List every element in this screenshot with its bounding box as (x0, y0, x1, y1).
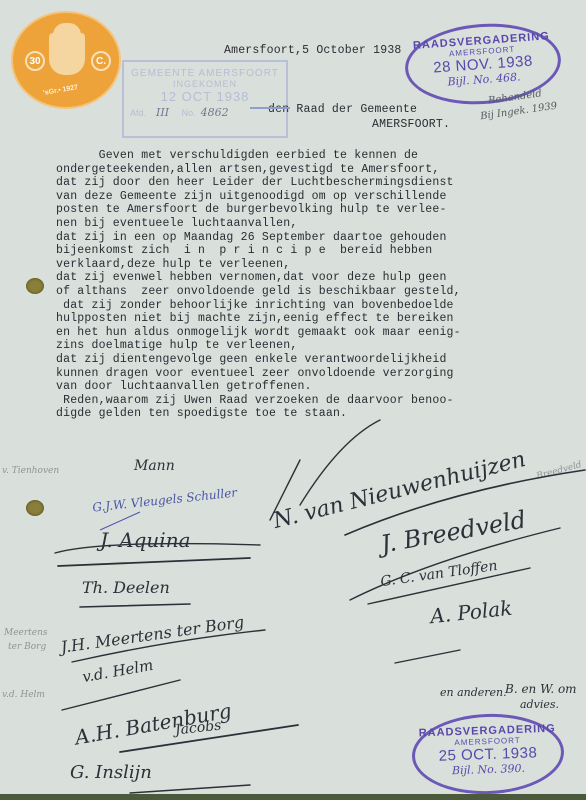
received-stamp-line1: GEMEENTE AMERSFOORT (124, 68, 286, 79)
body-line: Geven met verschuldigden eerbied te kenn… (56, 149, 418, 162)
addressee-line1: den Raad der Gemeente (268, 103, 417, 116)
signature-9: A. Polak (429, 596, 513, 628)
no-value: 4862 (201, 106, 229, 119)
signature-1: Mann (134, 458, 175, 474)
signature-3: J. Aquina (100, 528, 191, 552)
annotation-bw: B. en W. om (505, 682, 577, 696)
stamp-value-right: C. (91, 51, 111, 71)
punch-hole-top (26, 278, 44, 294)
coat-of-arms-icon (49, 33, 85, 75)
signature-7: G. C. van Tloffen (379, 558, 498, 590)
signature-5: J. Breedveld (379, 505, 528, 558)
margin-note-3b: ter Borg (8, 642, 46, 652)
body-line: Reden,waarom zij Uwen Raad verzoeken de … (56, 394, 454, 407)
signature-12: Jacobs (174, 718, 222, 739)
signature-10: v.d. Helm (81, 656, 155, 686)
body-line: van deze Gemeente zijn uitgenoodigd om o… (56, 190, 447, 203)
signature-2: G.J.W. Vleugels Schuller (92, 485, 238, 514)
body-line: en het hun aldus onmogelijk wordt gemaak… (56, 326, 461, 339)
body-line: posten te Amersfoort de burgerbevolking … (56, 203, 447, 216)
margin-note-3: Meertens (4, 628, 48, 638)
stamp-value-left: 30 (25, 51, 45, 71)
stamp-inscription: 'sGr.• 1927 (43, 84, 79, 97)
bijl-value: 468. (496, 70, 521, 85)
postage-stamp: 30 C. 'sGr.• 1927 (11, 11, 121, 109)
body-line: digde gelden ten spoedigste toe te staan… (56, 407, 347, 420)
body-line: dat zij door den heer Leider der Luchtbe… (56, 176, 454, 189)
no-label: No. (182, 108, 196, 118)
body-line: of althans zeer onvoldoende geld is besc… (56, 285, 461, 298)
body-line: dat zij dientengevolge geen enkele veran… (56, 353, 447, 366)
afd-value: III (156, 106, 169, 119)
bijl-label: Bijl. No. (447, 72, 493, 88)
signature-6: Th. Deelen (82, 578, 170, 597)
body-line: nen bij eventueele luchtaanvallen, (56, 217, 297, 230)
annotation-advies: advies. (520, 698, 559, 711)
signature-13: G. Inslijn (70, 762, 152, 783)
bijl-value: 390. (500, 762, 525, 776)
signature-8: J.H. Meertens ter Borg (60, 612, 246, 657)
received-stamp-date: 12 OCT 1938 (124, 89, 286, 104)
bijl-label: Bijl. No. (452, 763, 498, 778)
body-line: bijeenkomst zich i n p r i n c i p e ber… (56, 244, 432, 257)
received-stamp-numbers: Afd. III No. 4862 (124, 106, 286, 119)
council-stamp-bottom: RAADSVERGADERING AMERSFOORT 25 OCT. 1938… (411, 711, 566, 796)
margin-note-1: v. Tienhoven (2, 466, 59, 476)
letter-page: 30 C. 'sGr.• 1927 GEMEENTE AMERSFOORT IN… (0, 0, 586, 794)
received-stamp-line2: INGEKOMEN (124, 79, 286, 89)
body-line: verklaard,deze hulp te verleenen, (56, 258, 290, 271)
margin-note-2: Breedveld (535, 460, 582, 482)
body-line: dat zij in een op Maandag 26 September d… (56, 231, 447, 244)
received-stamp: GEMEENTE AMERSFOORT INGEKOMEN 12 OCT 193… (122, 60, 288, 138)
body-line: hulpposten niet bij machte zijn,eenig ef… (56, 312, 454, 325)
page-bottom-edge (0, 794, 586, 800)
punch-hole-bottom (26, 500, 44, 516)
margin-note-4: v.d. Helm (2, 690, 45, 700)
body-line: van door luchtaanvallen getroffenen. (56, 380, 312, 393)
addressee-line2: AMERSFOORT. (372, 118, 450, 131)
body-line: zins doelmatige hulp te verleenen, (56, 339, 297, 352)
body-line: dat zij evenwel hebben vernomen,dat voor… (56, 271, 447, 284)
annotation-en-anderen: en anderen. (440, 686, 507, 699)
body-line: dat zij zonder behoorlijke inrichting va… (56, 299, 454, 312)
place-date: Amersfoort,5 October 1938 (224, 44, 402, 57)
body-line: ondergeteekenden,allen artsen,gevestigd … (56, 163, 439, 176)
afd-label: Afd. (130, 108, 146, 118)
body-line: kunnen dragen voor eventueel zeer onvold… (56, 367, 454, 380)
